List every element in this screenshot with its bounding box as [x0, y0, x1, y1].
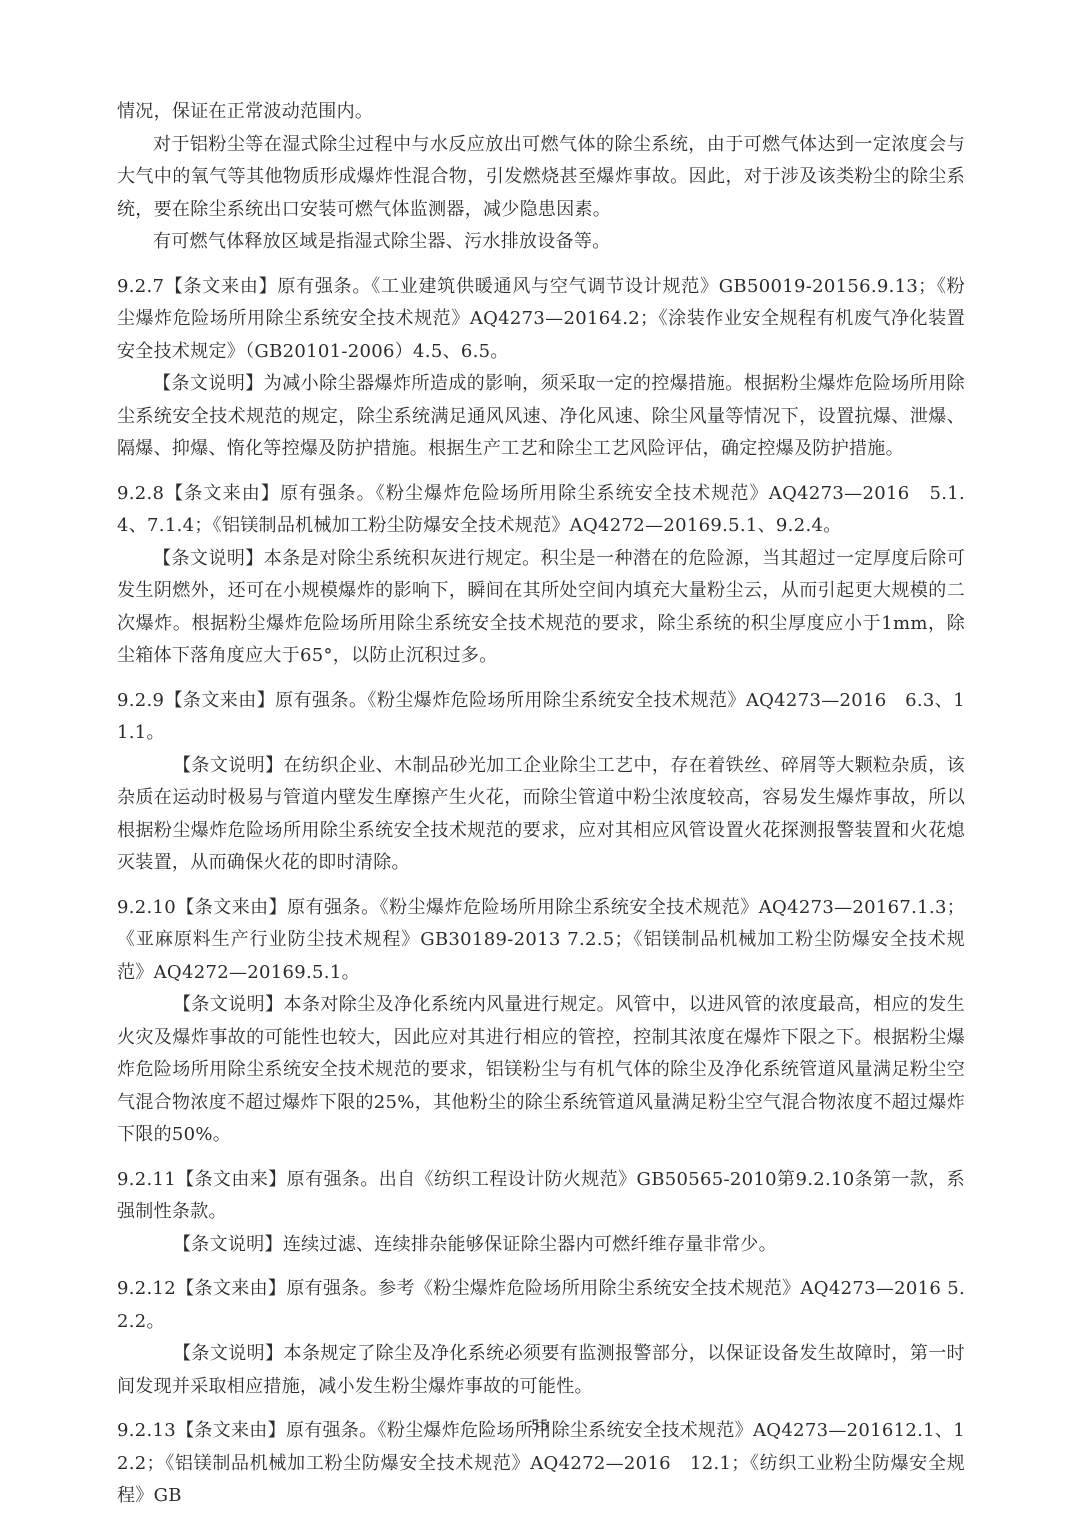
clause-explanation: 【条文说明】本条对除尘及净化系统内风量进行规定。风管中，以进风管的浓度最高，相应… — [117, 989, 965, 1152]
clause-explanation-label: 【条文说明】 — [173, 755, 284, 776]
clause-source: 9.2.11【条文由来】原有强条。出自《纺织工程设计防火规范》GB50565-2… — [117, 1164, 965, 1229]
clause-9-2-12: 9.2.12【条文来由】原有强条。参考《粉尘爆炸危险场所用除尘系统安全技术规范》… — [117, 1273, 965, 1403]
clause-source-label: 【条文来由】 — [164, 483, 280, 504]
clause-source-label: 【条文来由】 — [176, 1278, 286, 1299]
clause-explanation: 【条文说明】在纺织企业、木制品砂光加工企业除尘工艺中，存在着铁丝、碎屑等大颗粒杂… — [117, 750, 965, 880]
clause-source-label: 【条文由来】 — [176, 1169, 287, 1190]
clause-number: 9.2.9 — [117, 690, 164, 711]
clause-explanation: 【条文说明】连续过滤、连续排杂能够保证除尘器内可燃纤维存量非常少。 — [117, 1229, 965, 1262]
page-number: 55 — [0, 1418, 1080, 1434]
clause-source: 9.2.7【条文来由】原有强条。《工业建筑供暖通风与空气调节设计规范》GB500… — [117, 271, 965, 369]
clause-source: 9.2.9【条文来由】原有强条。《粉尘爆炸危险场所用除尘系统安全技术规范》AQ4… — [117, 685, 965, 750]
clause-number: 9.2.11 — [117, 1169, 176, 1190]
clause-source-label: 【条文来由】 — [164, 276, 277, 297]
document-page: 情况，保证在正常波动范围内。 对于铝粉尘等在湿式除尘过程中与水反应放出可燃气体的… — [117, 96, 965, 1513]
clause-9-2-11: 9.2.11【条文由来】原有强条。出自《纺织工程设计防火规范》GB50565-2… — [117, 1164, 965, 1262]
paragraph-gas-release-area: 有可燃气体释放区域是指湿式除尘器、污水排放设备等。 — [117, 226, 965, 259]
clause-explanation-label: 【条文说明】 — [173, 1234, 283, 1255]
clause-explanation-text: 连续过滤、连续排杂能够保证除尘器内可燃纤维存量非常少。 — [283, 1234, 777, 1255]
clause-9-2-9: 9.2.9【条文来由】原有强条。《粉尘爆炸危险场所用除尘系统安全技术规范》AQ4… — [117, 685, 965, 880]
clause-9-2-8: 9.2.8【条文来由】原有强条。《粉尘爆炸危险场所用除尘系统安全技术规范》AQ4… — [117, 478, 965, 673]
clause-9-2-10: 9.2.10【条文来由】原有强条。《粉尘爆炸危险场所用除尘系统安全技术规范》AQ… — [117, 892, 965, 1152]
clause-explanation-text: 本条对除尘及净化系统内风量进行规定。风管中，以进风管的浓度最高，相应的发生火灾及… — [117, 994, 965, 1145]
clause-explanation-label: 【条文说明】 — [173, 994, 284, 1015]
clause-number: 9.2.8 — [117, 483, 164, 504]
clause-source: 9.2.8【条文来由】原有强条。《粉尘爆炸危险场所用除尘系统安全技术规范》AQ4… — [117, 478, 965, 543]
clause-explanation: 【条文说明】为减小除尘器爆炸所造成的影响，须采取一定的控爆措施。根据粉尘爆炸危险… — [117, 368, 965, 466]
clause-source-label: 【条文来由】 — [164, 690, 275, 711]
clause-number: 9.2.10 — [117, 897, 176, 918]
clause-explanation-label: 【条文说明】 — [153, 548, 264, 569]
clause-explanation: 【条文说明】本条规定了除尘及净化系统必须要有监测报警部分，以保证设备发生故障时，… — [117, 1338, 965, 1403]
clause-source-label: 【条文来由】 — [176, 897, 287, 918]
clause-source: 9.2.12【条文来由】原有强条。参考《粉尘爆炸危险场所用除尘系统安全技术规范》… — [117, 1273, 965, 1338]
paragraph-aluminum-dust: 对于铝粉尘等在湿式除尘过程中与水反应放出可燃气体的除尘系统，由于可燃气体达到一定… — [117, 129, 965, 227]
clause-number: 9.2.12 — [117, 1278, 176, 1299]
clause-9-2-7: 9.2.7【条文来由】原有强条。《工业建筑供暖通风与空气调节设计规范》GB500… — [117, 271, 965, 466]
paragraph-continuation: 情况，保证在正常波动范围内。 — [117, 96, 965, 129]
clause-explanation-label: 【条文说明】 — [153, 373, 264, 394]
clause-source: 9.2.10【条文来由】原有强条。《粉尘爆炸危险场所用除尘系统安全技术规范》AQ… — [117, 892, 965, 990]
clause-explanation: 【条文说明】本条是对除尘系统积灰进行规定。积尘是一种潜在的危险源，当其超过一定厚… — [117, 543, 965, 673]
clause-number: 9.2.7 — [117, 276, 164, 297]
clause-explanation-label: 【条文说明】 — [173, 1343, 284, 1364]
